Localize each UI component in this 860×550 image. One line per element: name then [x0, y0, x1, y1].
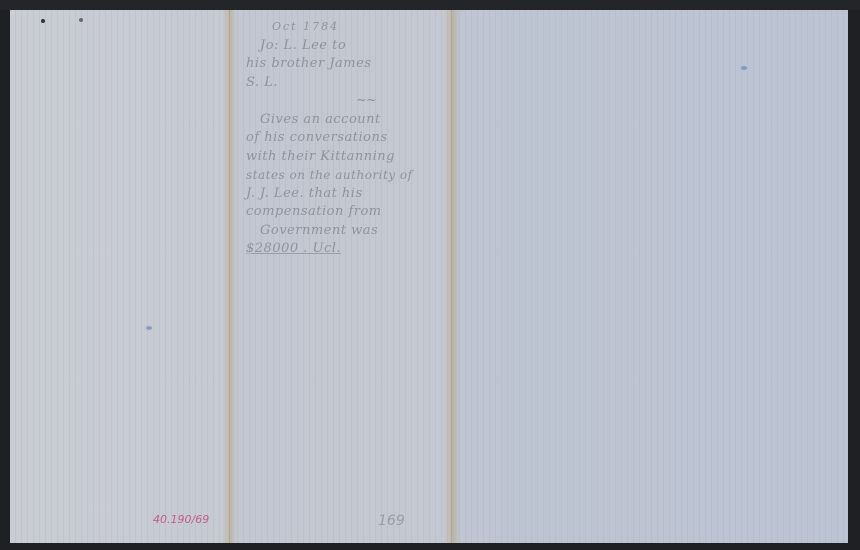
- fold-line-left: [229, 10, 230, 543]
- hw-line: S. L.: [246, 74, 446, 93]
- scan-border: [0, 0, 860, 10]
- fold-stain-right: [444, 10, 460, 543]
- hw-line: his brother James: [246, 55, 446, 74]
- hw-line: states on the authority of: [246, 166, 446, 185]
- catalog-number: 40.190/69: [153, 513, 209, 526]
- pin-hole: [79, 18, 83, 22]
- hw-line: of his conversations: [246, 129, 446, 148]
- ink-spot: [146, 326, 152, 330]
- ink-spot: [741, 66, 747, 70]
- hw-line: J. J. Lee. that his: [246, 185, 446, 204]
- hw-date: Oct 1784: [246, 18, 446, 37]
- hw-line: with their Kittanning: [246, 148, 446, 167]
- hw-amount: $28000 . Ucl.: [246, 240, 446, 259]
- hw-line: Government was: [246, 222, 446, 241]
- hw-flourish: ~~: [246, 92, 446, 111]
- page-number: 169: [378, 513, 405, 529]
- handwritten-endorsement: Oct 1784 Jo: L. Lee to his brother James…: [246, 18, 446, 259]
- document-page: Oct 1784 Jo: L. Lee to his brother James…: [10, 10, 848, 543]
- pin-hole: [41, 19, 45, 23]
- hw-line: Gives an account: [246, 111, 446, 130]
- hw-line: compensation from: [246, 203, 446, 222]
- fold-line-right: [451, 10, 452, 543]
- hw-line: Jo: L. Lee to: [246, 37, 446, 56]
